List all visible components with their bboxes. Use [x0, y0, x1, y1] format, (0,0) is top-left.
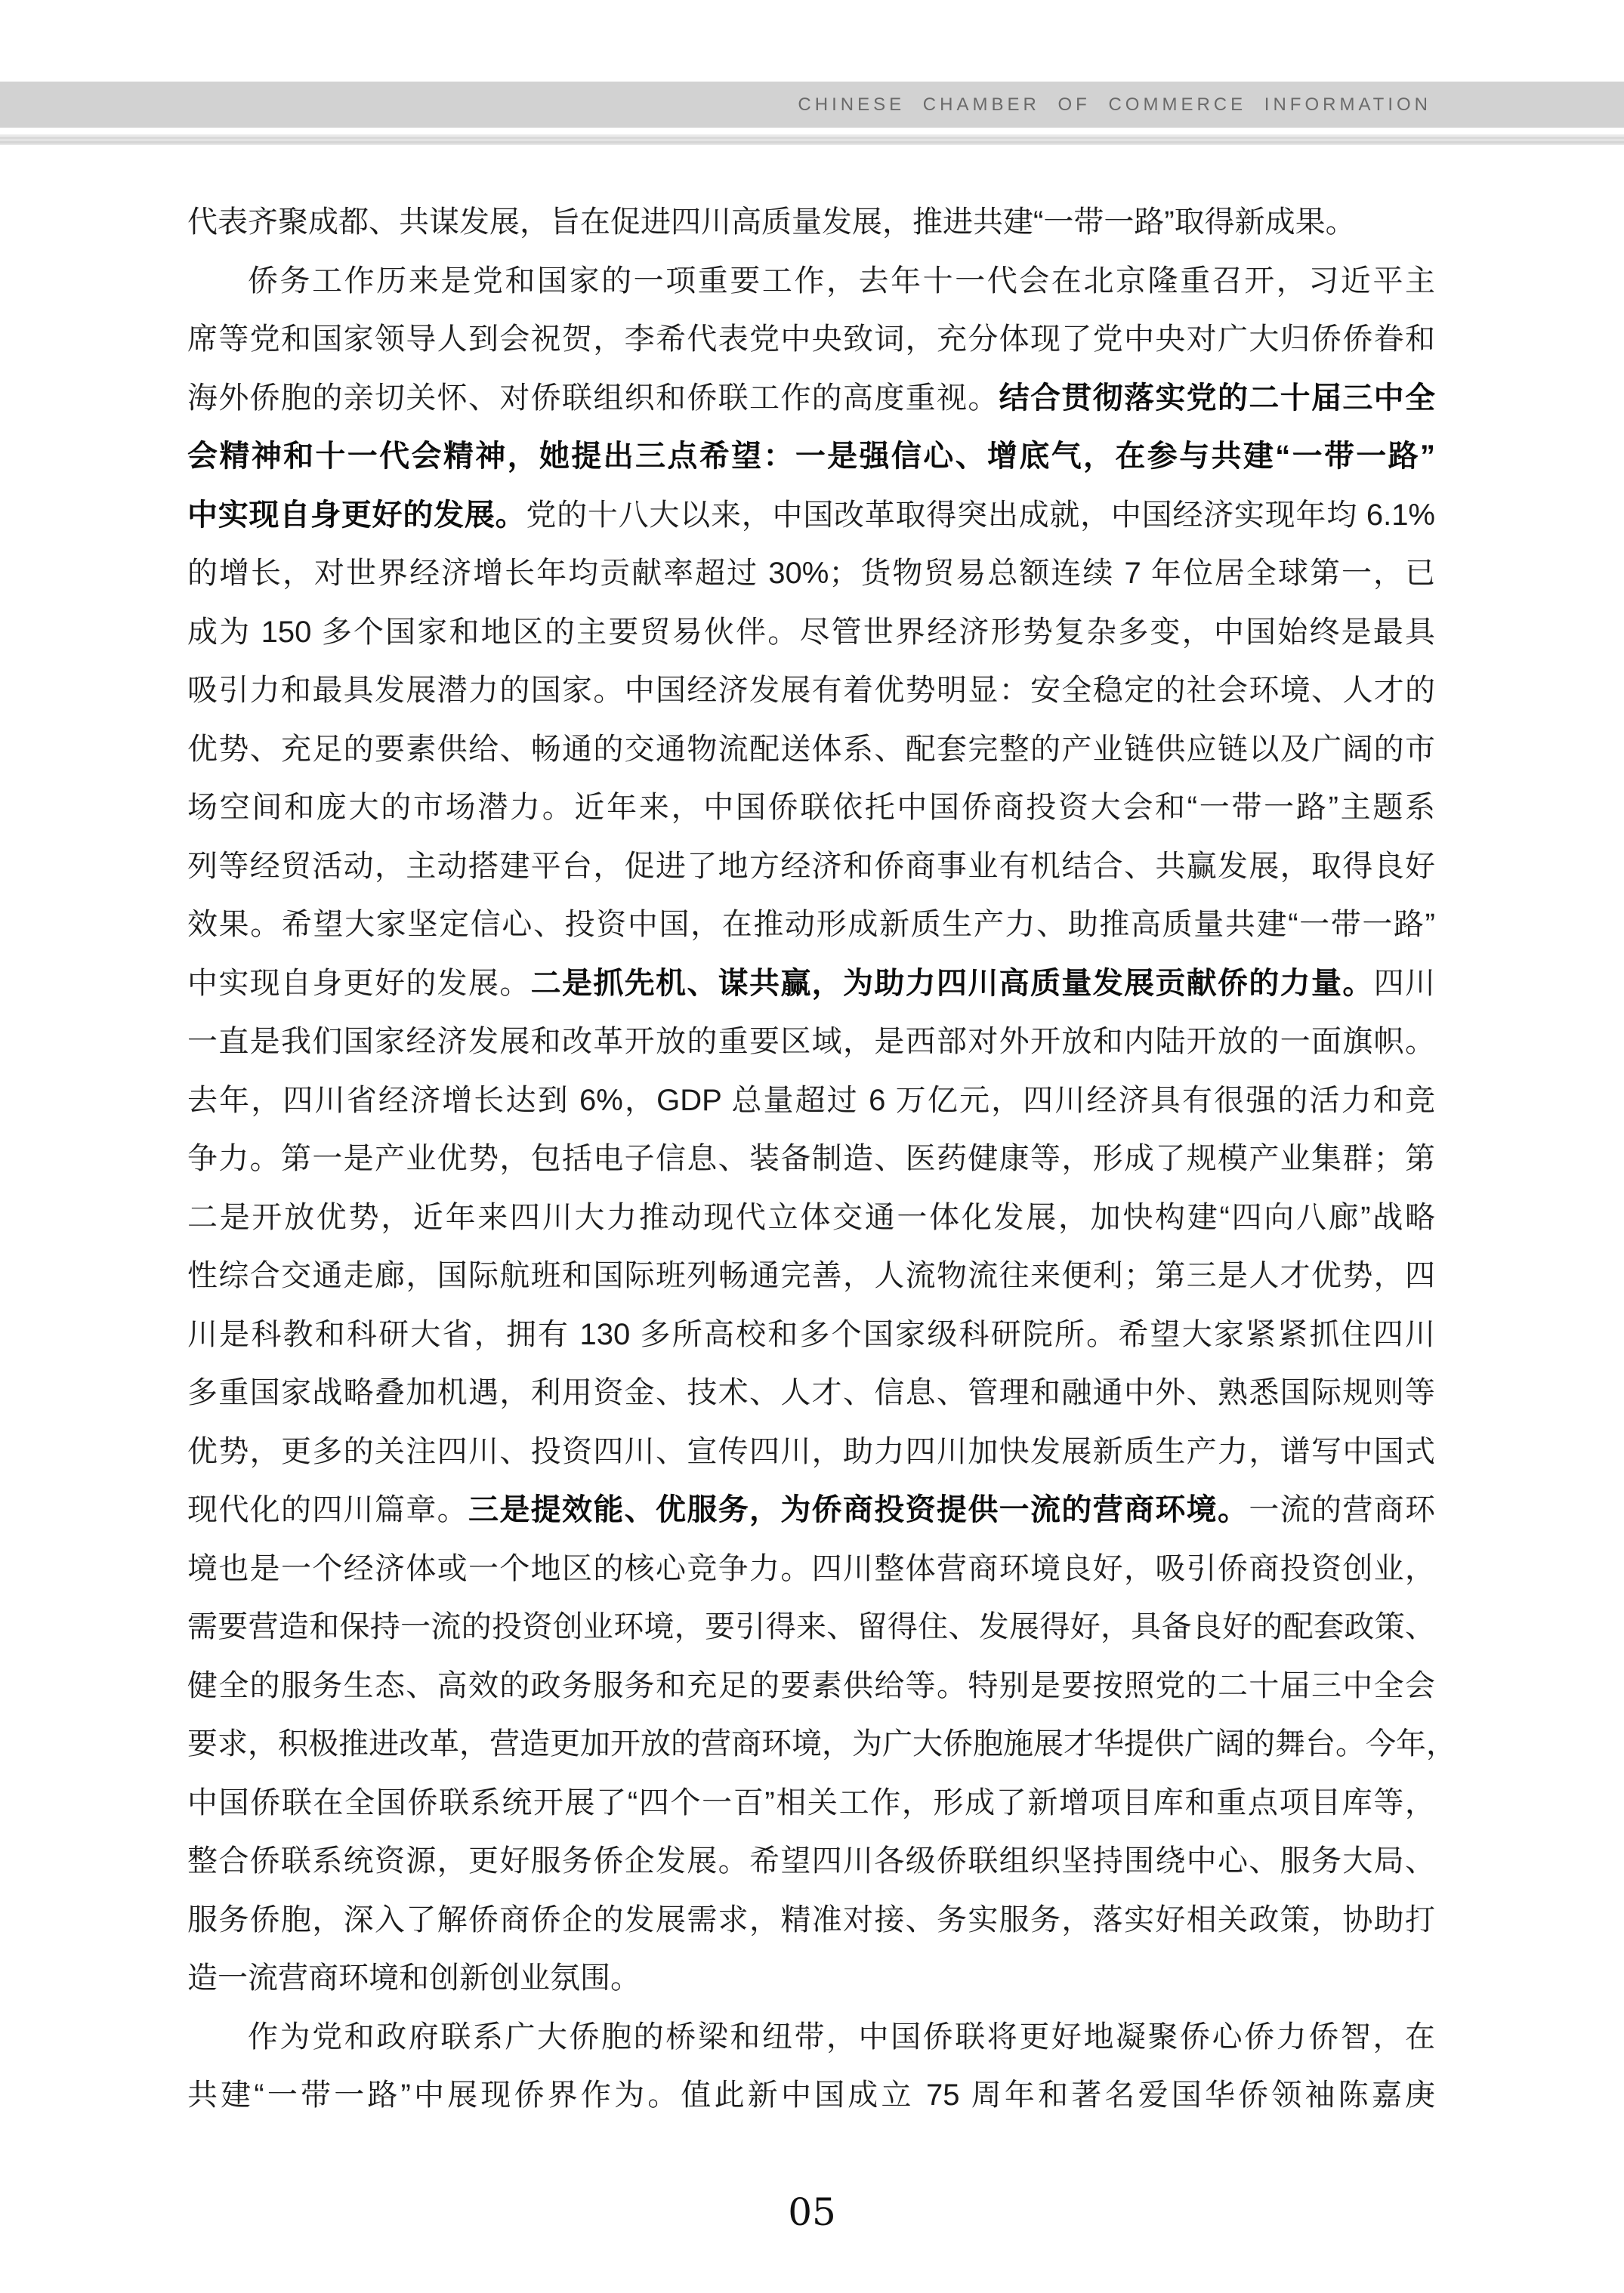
text-segment: 优势、充足的要素供给、畅通的交通物流配送体系、配套完整的产业链供应链以及广阔的市 [187, 733, 1435, 766]
text-segment: 整合侨联系统资源，更好服务侨企发展。希望四川各级侨联组织坚持围绕中心、服务大局、 [187, 1844, 1435, 1878]
text-line: 服务侨胞，深入了解侨商侨企的发展需求，精准对接、务实服务，落实好相关政策，协助打 [187, 1891, 1435, 1950]
text-segment: 中国侨联在全国侨联系统开展了“四个一百”相关工作，形成了新增项目库和重点项目库等… [187, 1786, 1435, 1819]
text-segment: 作为党和政府联系广大侨胞的桥梁和纽带，中国侨联将更好地凝聚侨心侨力侨智，在 [248, 2020, 1435, 2054]
text-line: 侨务工作历来是党和国家的一项重要工作，去年十一代会在北京隆重召开，习近平主 [187, 252, 1435, 311]
header-bar-title: CHINESE CHAMBER OF COMMERCE INFORMATION [798, 82, 1431, 128]
text-line: 中实现自身更好的发展。党的十八大以来，中国改革取得突出成就，中国经济实现年均 6… [187, 486, 1435, 545]
text-line: 会精神和十一代会精神，她提出三点希望：一是强信心、增底气，在参与共建“一带一路” [187, 427, 1435, 486]
text-segment: 性综合交通走廊，国际航班和国际班列畅通完善，人流物流往来便利；第三是人才优势，四 [187, 1259, 1435, 1292]
text-line: 代表齐聚成都、共谋发展，旨在促进四川高质量发展，推进共建“一带一路”取得新成果。 [187, 193, 1435, 252]
text-line: 优势，更多的关注四川、投资四川、宣传四川，助力四川加快发展新质生产力，谱写中国式 [187, 1423, 1435, 1482]
text-segment: 席等党和国家领导人到会祝贺，李希代表党中央致词，充分体现了党中央对广大归侨侨眷和 [187, 323, 1435, 356]
text-line: 中实现自身更好的发展。二是抓先机、谋共赢，为助力四川高质量发展贡献侨的力量。四川 [187, 955, 1435, 1014]
text-line: 场空间和庞大的市场潜力。近年来，中国侨联依托中国侨商投资大会和“一带一路”主题系 [187, 779, 1435, 838]
header-divider-strip [0, 134, 1624, 145]
text-segment: 列等经贸活动，主动搭建平台，促进了地方经济和侨商事业有机结合、共赢发展，取得良好 [187, 850, 1435, 883]
text-segment: 四川 [1374, 967, 1435, 1000]
text-segment: 造一流营商环境和创新创业氛围。 [187, 1961, 641, 1995]
bold-text-segment: 会精神和十一代会精神，她提出三点希望：一是强信心、增底气，在参与共建“一带一路” [187, 440, 1435, 473]
bold-text-segment: 三是提效能、优服务，为侨商投资提供一流的营商环境。 [468, 1493, 1249, 1526]
bold-text-segment: 中实现自身更好的发展。 [187, 498, 526, 532]
text-segment: 党的十八大以来，中国改革取得突出成就，中国经济实现年均 6.1% [526, 498, 1435, 532]
text-line: 争力。第一是产业优势，包括电子信息、装备制造、医药健康等，形成了规模产业集群；第 [187, 1130, 1435, 1189]
text-line: 整合侨联系统资源，更好服务侨企发展。希望四川各级侨联组织坚持围绕中心、服务大局、 [187, 1832, 1435, 1891]
text-segment: 的增长，对世界经济增长年均贡献率超过 30%；货物贸易总额连续 7 年位居全球第… [187, 557, 1435, 590]
text-segment: 要求，积极推进改革，营造更加开放的营商环境，为广大侨胞施展才华提供广阔的舞台。今… [187, 1727, 1456, 1761]
text-segment: 中实现自身更好的发展。 [187, 967, 531, 1000]
text-line: 造一流营商环境和创新创业氛围。 [187, 1949, 1435, 2008]
text-segment: 优势，更多的关注四川、投资四川、宣传四川，助力四川加快发展新质生产力，谱写中国式 [187, 1435, 1435, 1468]
text-segment: 川是科教和科研大省，拥有 130 多所高校和多个国家级科研院所。希望大家紧紧抓住… [187, 1318, 1435, 1351]
text-line: 海外侨胞的亲切关怀、对侨联组织和侨联工作的高度重视。结合贯彻落实党的二十届三中全 [187, 369, 1435, 428]
text-line: 境也是一个经济体或一个地区的核心竞争力。四川整体营商环境良好，吸引侨商投资创业， [187, 1540, 1435, 1599]
text-line: 列等经贸活动，主动搭建平台，促进了地方经济和侨商事业有机结合、共赢发展，取得良好 [187, 838, 1435, 897]
page: CHINESE CHAMBER OF COMMERCE INFORMATION … [0, 0, 1624, 2293]
text-line: 中国侨联在全国侨联系统开展了“四个一百”相关工作，形成了新增项目库和重点项目库等… [187, 1774, 1435, 1833]
text-line: 二是开放优势，近年来四川大力推动现代立体交通一体化发展，加快构建“四向八廊”战略 [187, 1189, 1435, 1248]
text-line: 川是科教和科研大省，拥有 130 多所高校和多个国家级科研院所。希望大家紧紧抓住… [187, 1306, 1435, 1365]
text-line: 的增长，对世界经济增长年均贡献率超过 30%；货物贸易总额连续 7 年位居全球第… [187, 545, 1435, 603]
text-line: 要求，积极推进改革，营造更加开放的营商环境，为广大侨胞施展才华提供广阔的舞台。今… [187, 1715, 1435, 1774]
bold-text-segment: 结合贯彻落实党的二十届三中全 [999, 381, 1435, 415]
text-segment: 成为 150 多个国家和地区的主要贸易伙伴。尽管世界经济形势复杂多变，中国始终是… [187, 616, 1435, 649]
text-line: 效果。希望大家坚定信心、投资中国，在推动形成新质生产力、助推高质量共建“一带一路… [187, 896, 1435, 955]
text-segment: 现代化的四川篇章。 [187, 1493, 468, 1526]
text-line: 作为党和政府联系广大侨胞的桥梁和纽带，中国侨联将更好地凝聚侨心侨力侨智，在 [187, 2008, 1435, 2067]
text-line: 健全的服务生态、高效的政务服务和充足的要素供给等。特别是要按照党的二十届三中全会 [187, 1657, 1435, 1716]
text-line: 去年，四川省经济增长达到 6%，GDP 总量超过 6 万亿元，四川经济具有很强的… [187, 1072, 1435, 1131]
text-segment: 一流的营商环 [1249, 1493, 1435, 1526]
header-bar: CHINESE CHAMBER OF COMMERCE INFORMATION [0, 82, 1624, 128]
text-segment: 二是开放优势，近年来四川大力推动现代立体交通一体化发展，加快构建“四向八廊”战略 [187, 1201, 1435, 1234]
bold-text-segment: 二是抓先机、谋共赢，为助力四川高质量发展贡献侨的力量。 [531, 967, 1374, 1000]
text-line: 共建“一带一路”中展现侨界作为。值此新中国成立 75 周年和著名爱国华侨领袖陈嘉… [187, 2066, 1435, 2125]
text-segment: 共建“一带一路”中展现侨界作为。值此新中国成立 75 周年和著名爱国华侨领袖陈嘉… [187, 2079, 1435, 2112]
text-segment: 侨务工作历来是党和国家的一项重要工作，去年十一代会在北京隆重召开，习近平主 [248, 264, 1435, 298]
text-segment: 吸引力和最具发展潜力的国家。中国经济发展有着优势明显：安全稳定的社会环境、人才的 [187, 674, 1435, 707]
text-segment: 境也是一个经济体或一个地区的核心竞争力。四川整体营商环境良好，吸引侨商投资创业， [187, 1552, 1435, 1585]
article-body: 代表齐聚成都、共谋发展，旨在促进四川高质量发展，推进共建“一带一路”取得新成果。… [187, 193, 1435, 2125]
text-line: 一直是我们国家经济发展和改革开放的重要区域，是西部对外开放和内陆开放的一面旗帜。 [187, 1013, 1435, 1072]
text-segment: 多重国家战略叠加机遇，利用资金、技术、人才、信息、管理和融通中外、熟悉国际规则等 [187, 1376, 1435, 1409]
text-segment: 健全的服务生态、高效的政务服务和充足的要素供给等。特别是要按照党的二十届三中全会 [187, 1669, 1435, 1702]
text-line: 现代化的四川篇章。三是提效能、优服务，为侨商投资提供一流的营商环境。一流的营商环 [187, 1481, 1435, 1540]
text-line: 席等党和国家领导人到会祝贺，李希代表党中央致词，充分体现了党中央对广大归侨侨眷和 [187, 310, 1435, 369]
text-line: 吸引力和最具发展潜力的国家。中国经济发展有着优势明显：安全稳定的社会环境、人才的 [187, 662, 1435, 721]
text-line: 优势、充足的要素供给、畅通的交通物流配送体系、配套完整的产业链供应链以及广阔的市 [187, 721, 1435, 779]
text-line: 需要营造和保持一流的投资创业环境，要引得来、留得住、发展得好，具备良好的配套政策… [187, 1598, 1435, 1657]
text-segment: 场空间和庞大的市场潜力。近年来，中国侨联依托中国侨商投资大会和“一带一路”主题系 [187, 791, 1435, 824]
text-segment: 一直是我们国家经济发展和改革开放的重要区域，是西部对外开放和内陆开放的一面旗帜。 [187, 1025, 1435, 1058]
text-line: 性综合交通走廊，国际航班和国际班列畅通完善，人流物流往来便利；第三是人才优势，四 [187, 1247, 1435, 1306]
text-segment: 需要营造和保持一流的投资创业环境，要引得来、留得住、发展得好，具备良好的配套政策… [187, 1610, 1435, 1643]
text-segment: 效果。希望大家坚定信心、投资中国，在推动形成新质生产力、助推高质量共建“一带一路… [187, 908, 1435, 941]
text-segment: 代表齐聚成都、共谋发展，旨在促进四川高质量发展，推进共建“一带一路”取得新成果。 [187, 205, 1356, 239]
text-segment: 海外侨胞的亲切关怀、对侨联组织和侨联工作的高度重视。 [187, 381, 999, 415]
text-line: 成为 150 多个国家和地区的主要贸易伙伴。尽管世界经济形势复杂多变，中国始终是… [187, 603, 1435, 662]
text-segment: 服务侨胞，深入了解侨商侨企的发展需求，精准对接、务实服务，落实好相关政策，协助打 [187, 1903, 1435, 1937]
text-segment: 去年，四川省经济增长达到 6%，GDP 总量超过 6 万亿元，四川经济具有很强的… [187, 1084, 1435, 1117]
text-line: 多重国家战略叠加机遇，利用资金、技术、人才、信息、管理和融通中外、熟悉国际规则等 [187, 1364, 1435, 1423]
page-number: 05 [0, 2193, 1624, 2232]
text-segment: 争力。第一是产业优势，包括电子信息、装备制造、医药健康等，形成了规模产业集群；第 [187, 1142, 1435, 1175]
